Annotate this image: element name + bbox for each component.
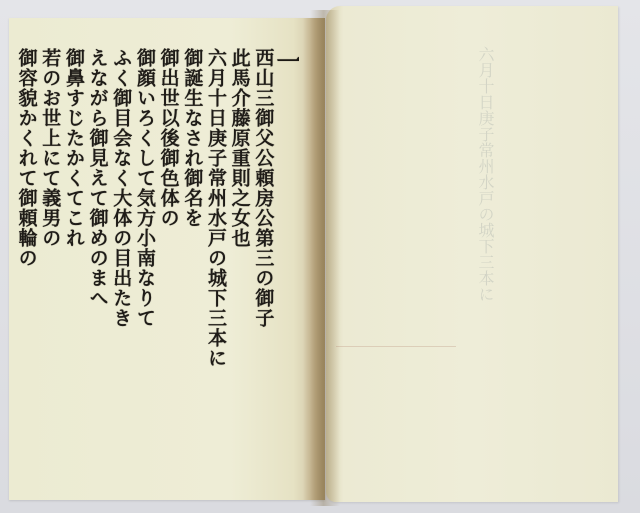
text-column-6: 御顔いろくして気方小南なりて <box>133 48 157 488</box>
text-column-4: 御誕生なされ御名を <box>181 48 205 488</box>
faint-ruled-line <box>336 346 456 347</box>
item-mark: 一 <box>275 48 299 88</box>
ink-show-through: 六月十日庚子常州水戸の城下三本に <box>346 46 496 376</box>
text-column-3: 六月十日庚子常州水戸の城下三本に <box>204 48 228 488</box>
text-column-1: 西山三御父公頼房公第三の御子 <box>252 48 276 488</box>
text-column-2: 此馬介藤原重則之女也 <box>228 48 252 488</box>
text-column-8: えながら御見えて御めのまへ <box>86 48 110 488</box>
right-page: 六月十日庚子常州水戸の城下三本に <box>326 6 618 502</box>
text-column-5: 御出世以後御色体の <box>157 48 181 488</box>
text-column-10: 若のお世上にて義男の <box>39 48 63 488</box>
text-column-7: ふく御目会なく大体の目出たき <box>110 48 134 488</box>
left-page-gutter <box>303 18 325 500</box>
text-column-11: 御容貌かくれて御頼輪の <box>15 48 39 488</box>
left-page: 一 西山三御父公頼房公第三の御子 此馬介藤原重則之女也 六月十日庚子常州水戸の城… <box>9 18 325 500</box>
text-column-9: 御鼻すじたかくてこれ <box>62 48 86 488</box>
manuscript-text: 一 西山三御父公頼房公第三の御子 此馬介藤原重則之女也 六月十日庚子常州水戸の城… <box>15 48 299 488</box>
